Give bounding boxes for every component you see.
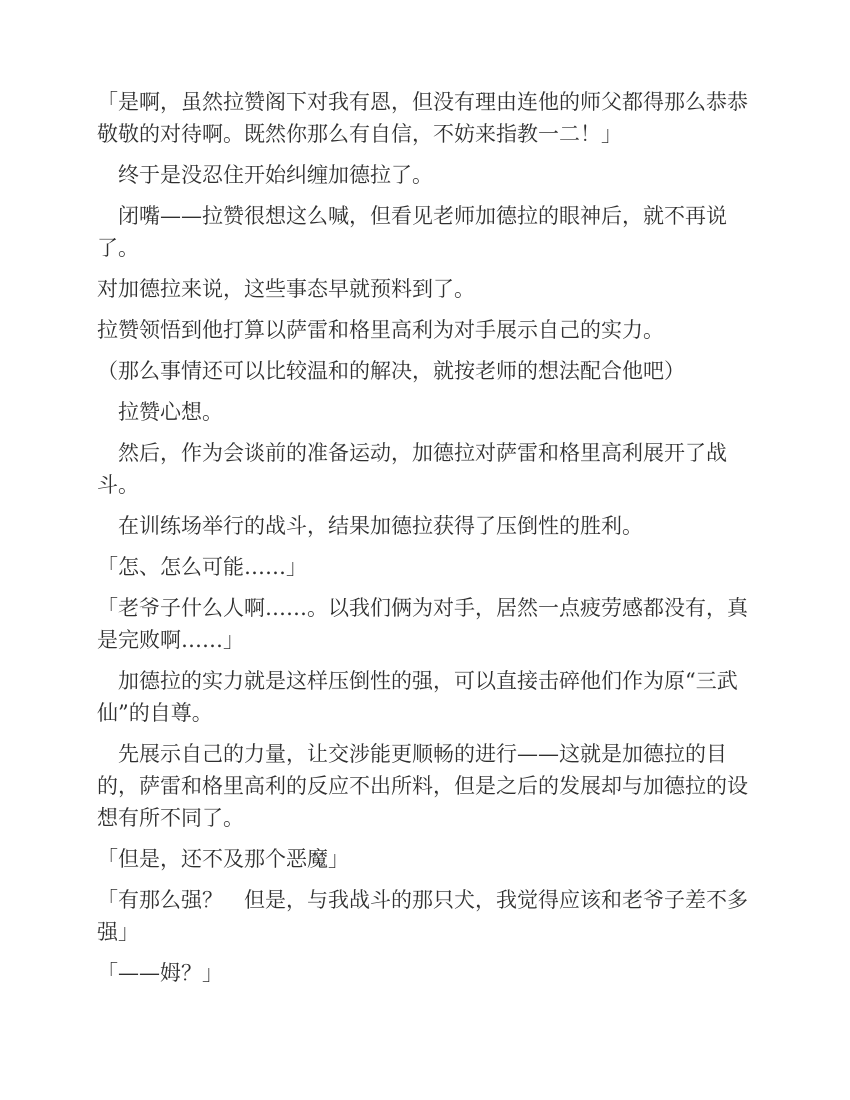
paragraph: 「怎、怎么可能……」 — [97, 551, 752, 583]
paragraph: 闭嘴——拉赞很想这么喊，但看见老师加德拉的眼神后，就不再说了。 — [97, 200, 752, 264]
paragraph: 先展示自己的力量，让交涉能更顺畅的进行——这就是加德拉的目的，萨雷和格里高利的反… — [97, 738, 752, 834]
novel-page: 「是啊，虽然拉赞阁下对我有恩，但没有理由连他的师父都得那么恭恭敬敬的对待啊。既然… — [0, 0, 850, 989]
paragraph: （那么事情还可以比较温和的解决，就按老师的想法配合他吧） — [97, 355, 752, 387]
paragraph: 拉赞心想。 — [97, 396, 752, 428]
paragraph: 「有那么强？ 但是，与我战斗的那只犬，我觉得应该和老爷子差不多强」 — [97, 884, 752, 948]
paragraph: 对加德拉来说，这些事态早就预料到了。 — [97, 273, 752, 305]
paragraph: 然后，作为会谈前的准备运动，加德拉对萨雷和格里高利展开了战斗。 — [97, 437, 752, 501]
paragraph: 「但是，还不及那个恶魔」 — [97, 843, 752, 875]
paragraph: 拉赞领悟到他打算以萨雷和格里高利为对手展示自己的实力。 — [97, 314, 752, 346]
paragraph: 「是啊，虽然拉赞阁下对我有恩，但没有理由连他的师父都得那么恭恭敬敬的对待啊。既然… — [97, 86, 752, 150]
paragraph: 加德拉的实力就是这样压倒性的强，可以直接击碎他们作为原“三武仙”的自尊。 — [97, 665, 752, 729]
paragraph: 在训练场举行的战斗，结果加德拉获得了压倒性的胜利。 — [97, 510, 752, 542]
paragraph: 「——姆？」 — [97, 957, 752, 989]
paragraph: 终于是没忍住开始纠缠加德拉了。 — [97, 159, 752, 191]
paragraph: 「老爷子什么人啊……。以我们俩为对手，居然一点疲劳感都没有，真是完败啊……」 — [97, 592, 752, 656]
